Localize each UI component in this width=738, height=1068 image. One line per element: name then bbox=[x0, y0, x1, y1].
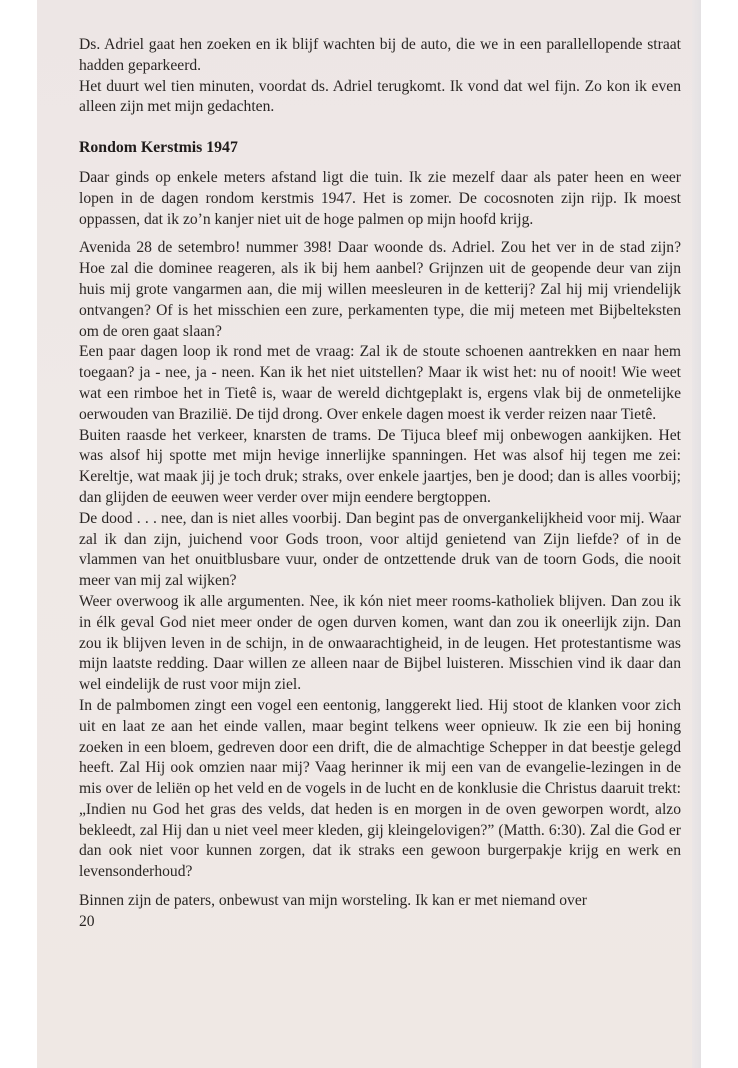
paragraph-body-4: De dood . . . nee, dan is niet alles voo… bbox=[79, 509, 681, 592]
book-page: Ds. Adriel gaat hen zoeken en ik blijf w… bbox=[37, 0, 701, 1068]
paragraph-opening-1: Ds. Adriel gaat hen zoeken en ik blijf w… bbox=[79, 35, 681, 77]
paragraph-body-2: Een paar dagen loop ik rond met de vraag… bbox=[79, 342, 681, 425]
page-number: 20 bbox=[79, 912, 681, 933]
page-text: Ds. Adriel gaat hen zoeken en ik blijf w… bbox=[79, 35, 681, 933]
paragraph-body-5: Weer overwoog ik alle argumenten. Nee, i… bbox=[79, 592, 681, 696]
paragraph-section-intro: Daar ginds op enkele meters afstand ligt… bbox=[79, 168, 681, 230]
paragraph-body-1: Avenida 28 de setembro! nummer 398! Daar… bbox=[79, 238, 681, 342]
paragraph-closing: Binnen zijn de paters, onbewust van mijn… bbox=[79, 891, 681, 912]
section-heading: Rondom Kerstmis 1947 bbox=[79, 138, 681, 159]
page-edge-shadow bbox=[692, 0, 701, 1068]
paragraph-body-6: In de palmbomen zingt een vogel een eent… bbox=[79, 696, 681, 883]
paragraph-body-3: Buiten raasde het verkeer, knarsten de t… bbox=[79, 426, 681, 509]
paragraph-opening-2: Het duurt wel tien minuten, voordat ds. … bbox=[79, 77, 681, 119]
